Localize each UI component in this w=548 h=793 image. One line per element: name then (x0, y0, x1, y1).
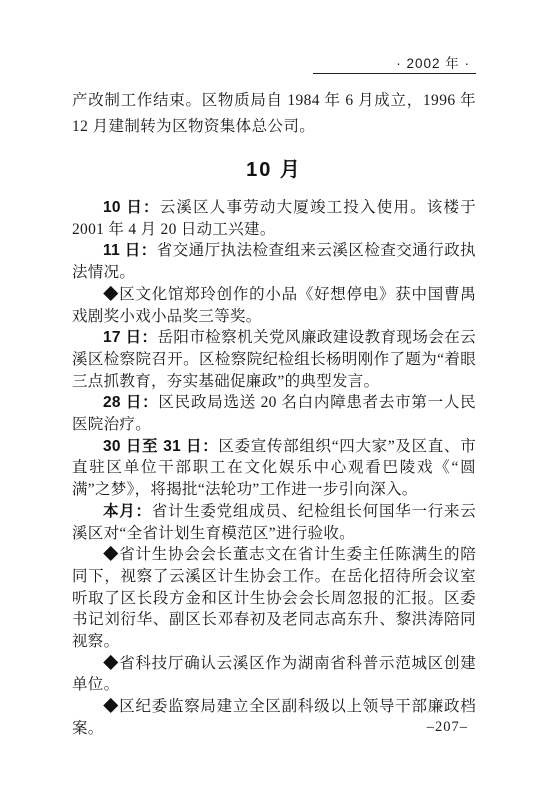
chronicle-entry: 17 日：岳阳市检察机关党风廉政建设教育现场会在云溪区检察院召开。区检察院纪检组… (72, 327, 476, 392)
chronicle-entry: 28 日：区民政局选送 20 名白内障患者去市第一人民医院治疗。 (72, 392, 476, 435)
diamond-bullet-icon: ◆ (103, 655, 119, 672)
text-column: 产改制工作结束。区物质局自 1984 年 6 月成立，1996 年 12 月建制… (72, 88, 476, 740)
entry-date-label: 28 日： (103, 394, 158, 411)
running-head-year: · 2002 年 · (396, 52, 470, 72)
entry-text: 区纪委监察局建立全区副科级以上领导干部廉政档案。 (72, 698, 476, 737)
month-heading: 10 月 (72, 156, 476, 184)
chronicle-entry: 10 日：云溪区人事劳动大厦竣工投入使用。该楼于 2001 年 4 月 20 日… (72, 197, 476, 240)
chronicle-entry: 30 日至 31 日：区委宣传部组织“四大家”及区直、市直驻区单位干部职工在文化… (72, 436, 476, 501)
chronicle-entry: ◆区纪委监察局建立全区副科级以上领导干部廉政档案。 (72, 696, 476, 739)
diamond-bullet-icon: ◆ (103, 698, 119, 715)
entry-text: 区文化馆郑玲创作的小品《好想停电》获中国曹禺戏剧奖小戏小品奖三等奖。 (72, 286, 476, 325)
book-page: · 2002 年 · 产改制工作结束。区物质局自 1984 年 6 月成立，19… (0, 0, 548, 793)
chronicle-entry: ◆区文化馆郑玲创作的小品《好想停电》获中国曹禺戏剧奖小戏小品奖三等奖。 (72, 284, 476, 327)
page-number: –207– (427, 719, 468, 736)
chronicle-entry: ◆省计生协会会长董志文在省计生委主任陈满生的陪同下，视察了云溪区计生协会工作。在… (72, 544, 476, 653)
entry-date-label: 30 日至 31 日： (103, 438, 218, 455)
diamond-bullet-icon: ◆ (103, 286, 119, 303)
entry-date-label: 17 日： (103, 329, 157, 346)
entry-date-label: 10 日： (103, 199, 160, 216)
chronicle-entry: ◆省科技厅确认云溪区作为湖南省科普示范城区创建单位。 (72, 653, 476, 696)
intro-paragraph: 产改制工作结束。区物质局自 1984 年 6 月成立，1996 年 12 月建制… (72, 88, 476, 140)
running-head-rule (313, 73, 476, 74)
entry-date-label: 11 日： (103, 242, 157, 259)
entry-date-label: 本月： (103, 503, 152, 520)
chronicle-entry: 本月：省计生委党组成员、纪检组长何国华一行来云溪区对“全省计划生育模范区”进行验… (72, 501, 476, 544)
entry-text: 省计生协会会长董志文在省计生委主任陈满生的陪同下，视察了云溪区计生协会工作。在岳… (72, 546, 476, 650)
chronicle-entry: 11 日：省交通厅执法检查组来云溪区检查交通行政执法情况。 (72, 240, 476, 283)
chronicle-entries: 10 日：云溪区人事劳动大厦竣工投入使用。该楼于 2001 年 4 月 20 日… (72, 197, 476, 740)
diamond-bullet-icon: ◆ (103, 546, 119, 563)
entry-text: 省科技厅确认云溪区作为湖南省科普示范城区创建单位。 (72, 655, 476, 694)
